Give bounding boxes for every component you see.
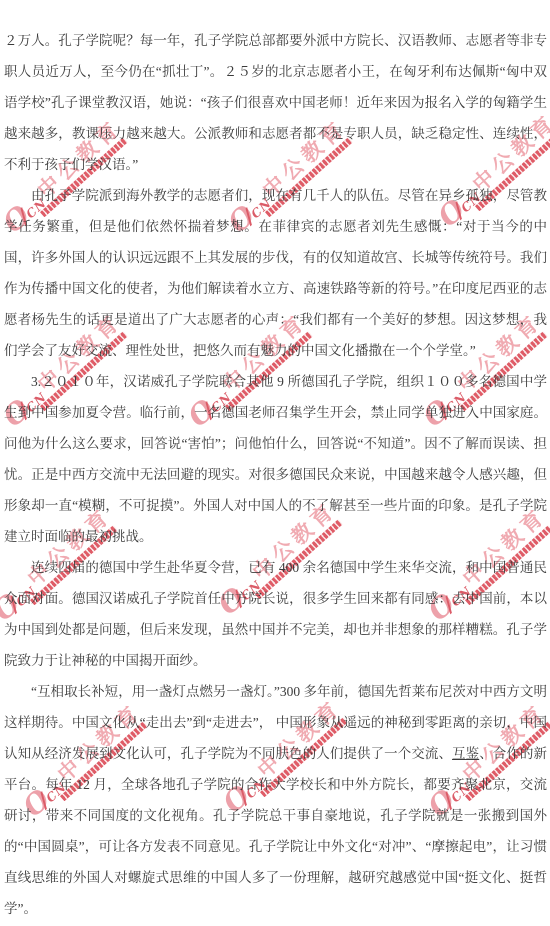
paragraph-4: 连续四届的德国中学生赴华夏令营，已有 400 余名德国中学生来华交流，和中国普通… (4, 552, 547, 676)
document-text: ２万人。孔子学院呢？每一年，孔子学院总部都要外派中方院长、汉语教师、志愿者等非专… (0, 0, 550, 924)
paragraph-2: 由孔子学院派到海外教学的志愿者们，现在有几千人的队伍。尽管在异乡孤独，尽管教学任… (4, 180, 547, 366)
underlined-term: 互鉴 (452, 746, 479, 761)
paragraph-5-text-after: 、合作的新平台。每年 12 月，全球各地孔子学院的合作大学校长和中外方院长，都要… (4, 746, 547, 916)
paragraph-5: “互相取长补短，用一盏灯点燃另一盏灯。”300 多年前，德国先哲莱布尼茨对中西方… (4, 676, 547, 924)
paragraph-1: ２万人。孔子学院呢？每一年，孔子学院总部都要外派中方院长、汉语教师、志愿者等非专… (4, 25, 547, 180)
document-page: O∕CN中公教育O∕CN中公教育O∕CN中公教育O∕CN中公教育O∕CN中公教育… (0, 0, 550, 926)
paragraph-3: 3.２０１０年，汉诺威孔子学院联合其他 9 所德国孔子学院，组织１００多名德国中… (4, 366, 547, 552)
